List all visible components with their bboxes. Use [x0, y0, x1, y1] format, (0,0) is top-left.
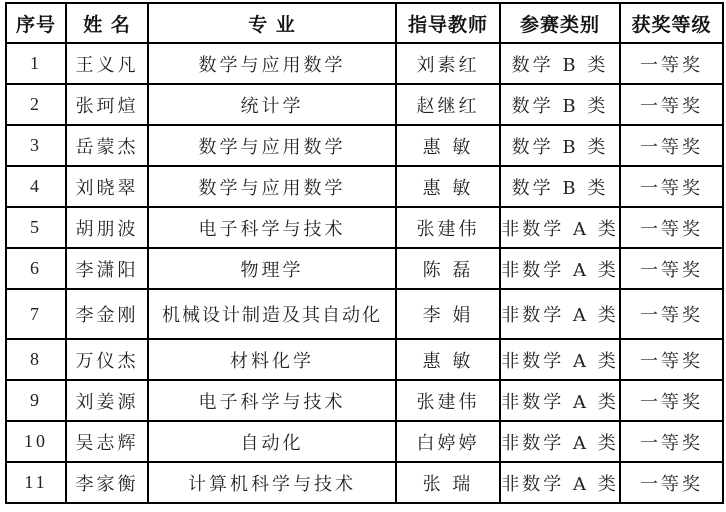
table-row: 8 万仪杰 材料化学 惠 敏 非数学 A 类 一等奖: [6, 339, 723, 380]
row-name: 岳蒙杰: [66, 125, 148, 166]
row-major: 机械设计制造及其自动化: [148, 289, 396, 339]
row-category: 非数学 A 类: [500, 380, 620, 421]
row-advisor: 张建伟: [396, 380, 500, 421]
row-major: 电子科学与技术: [148, 207, 396, 248]
row-name: 李金刚: [66, 289, 148, 339]
row-award: 一等奖: [620, 248, 723, 289]
row-category: 非数学 A 类: [500, 462, 620, 503]
row-advisor: 惠 敏: [396, 166, 500, 207]
row-major: 统计学: [148, 84, 396, 125]
row-advisor: 张 瑞: [396, 462, 500, 503]
row-name: 李潇阳: [66, 248, 148, 289]
row-major: 材料化学: [148, 339, 396, 380]
header-award: 获奖等级: [620, 3, 723, 43]
row-name: 李家衡: [66, 462, 148, 503]
row-category: 非数学 A 类: [500, 207, 620, 248]
row-name: 胡朋波: [66, 207, 148, 248]
row-name: 张珂煊: [66, 84, 148, 125]
row-major: 电子科学与技术: [148, 380, 396, 421]
row-major: 物理学: [148, 248, 396, 289]
row-award: 一等奖: [620, 43, 723, 84]
row-advisor: 张建伟: [396, 207, 500, 248]
row-index: 10: [6, 421, 66, 462]
row-award: 一等奖: [620, 380, 723, 421]
table-row: 11 李家衡 计算机科学与技术 张 瑞 非数学 A 类 一等奖: [6, 462, 723, 503]
row-advisor: 刘素红: [396, 43, 500, 84]
row-category: 非数学 A 类: [500, 339, 620, 380]
header-category: 参赛类别: [500, 3, 620, 43]
awards-table: 序号 姓 名 专 业 指导教师 参赛类别 获奖等级 1 王义凡 数学与应用数学 …: [5, 2, 724, 504]
row-major: 数学与应用数学: [148, 43, 396, 84]
row-name: 刘晓翠: [66, 166, 148, 207]
row-index: 7: [6, 289, 66, 339]
row-advisor: 惠 敏: [396, 339, 500, 380]
table-row: 7 李金刚 机械设计制造及其自动化 李 娟 非数学 A 类 一等奖: [6, 289, 723, 339]
table-row: 9 刘姜源 电子科学与技术 张建伟 非数学 A 类 一等奖: [6, 380, 723, 421]
row-award: 一等奖: [620, 289, 723, 339]
table-row: 3 岳蒙杰 数学与应用数学 惠 敏 数学 B 类 一等奖: [6, 125, 723, 166]
row-category: 非数学 A 类: [500, 289, 620, 339]
row-category: 数学 B 类: [500, 43, 620, 84]
header-advisor: 指导教师: [396, 3, 500, 43]
row-index: 1: [6, 43, 66, 84]
row-name: 刘姜源: [66, 380, 148, 421]
row-name: 王义凡: [66, 43, 148, 84]
row-award: 一等奖: [620, 462, 723, 503]
row-category: 数学 B 类: [500, 125, 620, 166]
row-index: 5: [6, 207, 66, 248]
row-advisor: 惠 敏: [396, 125, 500, 166]
header-major: 专 业: [148, 3, 396, 43]
row-major: 数学与应用数学: [148, 125, 396, 166]
row-index: 11: [6, 462, 66, 503]
table-row: 6 李潇阳 物理学 陈 磊 非数学 A 类 一等奖: [6, 248, 723, 289]
table-row: 5 胡朋波 电子科学与技术 张建伟 非数学 A 类 一等奖: [6, 207, 723, 248]
row-advisor: 赵继红: [396, 84, 500, 125]
row-index: 8: [6, 339, 66, 380]
row-advisor: 陈 磊: [396, 248, 500, 289]
row-index: 3: [6, 125, 66, 166]
row-index: 6: [6, 248, 66, 289]
row-advisor: 白婷婷: [396, 421, 500, 462]
header-index: 序号: [6, 3, 66, 43]
row-index: 4: [6, 166, 66, 207]
row-award: 一等奖: [620, 207, 723, 248]
row-name: 万仪杰: [66, 339, 148, 380]
row-name: 吴志辉: [66, 421, 148, 462]
row-index: 9: [6, 380, 66, 421]
row-major: 自动化: [148, 421, 396, 462]
row-category: 非数学 A 类: [500, 421, 620, 462]
row-major: 计算机科学与技术: [148, 462, 396, 503]
table-row: 10 吴志辉 自动化 白婷婷 非数学 A 类 一等奖: [6, 421, 723, 462]
row-index: 2: [6, 84, 66, 125]
row-award: 一等奖: [620, 339, 723, 380]
table-row: 2 张珂煊 统计学 赵继红 数学 B 类 一等奖: [6, 84, 723, 125]
header-row: 序号 姓 名 专 业 指导教师 参赛类别 获奖等级: [6, 3, 723, 43]
row-major: 数学与应用数学: [148, 166, 396, 207]
row-award: 一等奖: [620, 166, 723, 207]
table-row: 4 刘晓翠 数学与应用数学 惠 敏 数学 B 类 一等奖: [6, 166, 723, 207]
header-name: 姓 名: [66, 3, 148, 43]
row-category: 数学 B 类: [500, 84, 620, 125]
row-award: 一等奖: [620, 421, 723, 462]
row-category: 非数学 A 类: [500, 248, 620, 289]
row-award: 一等奖: [620, 84, 723, 125]
table-row: 1 王义凡 数学与应用数学 刘素红 数学 B 类 一等奖: [6, 43, 723, 84]
row-award: 一等奖: [620, 125, 723, 166]
row-category: 数学 B 类: [500, 166, 620, 207]
row-advisor: 李 娟: [396, 289, 500, 339]
